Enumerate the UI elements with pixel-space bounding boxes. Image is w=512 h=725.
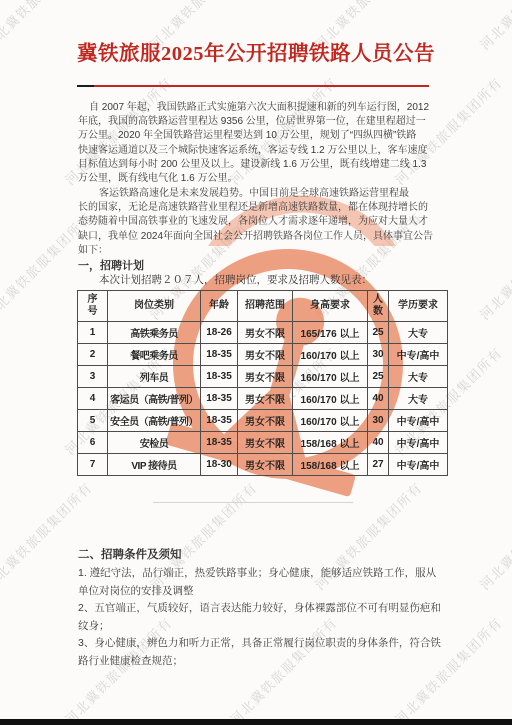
table-header-cell: 学历要求 xyxy=(389,291,448,322)
text-line: 3、身心健康，辨色力和听力正常，具备正常履行岗位职责的身体条件，符合铁 xyxy=(78,635,441,653)
table-cell: 5 xyxy=(78,410,108,432)
table-cell: 男女不限 xyxy=(238,388,293,410)
text-line: 快速客运通道以及三个城际快速客运系统，客运专线 1.2 万公里以上，客车速度 xyxy=(78,144,429,158)
table-cell: 30 xyxy=(368,410,389,432)
text-line: 目标值达到每小时 200 公里及以上。建设新线 1.6 万公里，既有线增建二线 … xyxy=(78,158,429,172)
text-line: 1. 遵纪守法，品行端正，热爱铁路事业；身心健康，能够适应铁路工作，服从 xyxy=(78,565,441,583)
text-line: 路行业健康检查规范； xyxy=(78,653,441,671)
recruitment-table-body: 1高铁乘务员18-26男女不限165/176 以上25大专2餐吧乘务员18-35… xyxy=(78,322,448,476)
intro-paragraph-2: 客运铁路高速化是未来发展趋势。中国目前是全球高速铁路运营里程最长的国家，无论是高… xyxy=(78,187,433,258)
table-cell: 160/170 以上 xyxy=(293,388,368,410)
table-cell: 27 xyxy=(368,454,389,476)
table-cell: 男女不限 xyxy=(238,410,293,432)
text-line: 单位对岗位的安排及调整 xyxy=(78,583,441,601)
section2-heading: 二、招聘条件及须知 xyxy=(78,546,182,562)
table-cell: 中专/高中 xyxy=(389,432,448,454)
table-row: 1高铁乘务员18-26男女不限165/176 以上25大专 xyxy=(78,322,448,344)
table-cell: 18-35 xyxy=(201,432,238,454)
table-cell: 大专 xyxy=(389,366,448,388)
text-line: 万公里。2020 年全国铁路营运里程要达到 10 万公里，规划了“四纵四横”铁路 xyxy=(78,129,429,143)
section1-lead-text: 本次计划招聘２０７人，招聘岗位，要求及招聘人数见表： xyxy=(99,272,372,287)
table-cell: 男女不限 xyxy=(238,454,293,476)
text-line: 万公里，既有线电气化 1.6 万公里。 xyxy=(78,172,429,186)
table-header-row: 序号岗位类别年龄招聘范围身高要求人数学历要求 xyxy=(78,291,448,322)
section2-conditions: 1. 遵纪守法，品行端正，热爱铁路事业；身心健康，能够适应铁路工作，服从单位对岗… xyxy=(78,565,441,670)
text-line: 如下： xyxy=(78,244,433,258)
table-cell: 高铁乘务员 xyxy=(108,322,201,344)
text-line: 长的国家，无论是高速铁路营业里程还是新增高速铁路数量，都在体现持增长的 xyxy=(78,201,433,215)
table-cell: 大专 xyxy=(389,322,448,344)
text-line: 态势随着中国高铁事业的飞速发展，各岗位人才需求逐年递增，为应对大量人才 xyxy=(78,215,433,229)
table-header-cell: 招聘范围 xyxy=(238,291,293,322)
table-cell: 安检员 xyxy=(108,432,201,454)
table-cell: 18-35 xyxy=(201,410,238,432)
title-underline xyxy=(77,85,429,87)
table-header-cell: 身高要求 xyxy=(293,291,368,322)
table-cell: 18-35 xyxy=(201,366,238,388)
table-cell: 18-26 xyxy=(201,322,238,344)
table-row: 4客运员（高铁/普列）18-35男女不限160/170 以上40大专 xyxy=(78,388,448,410)
stacked-header-text: 序号 xyxy=(87,294,99,319)
table-header-cell: 岗位类别 xyxy=(108,291,201,322)
table-cell: 客运员（高铁/普列） xyxy=(108,388,201,410)
intro-paragraph-1: 自 2007 年起，我国铁路正式实施第六次大面积提速和新的列车运行图，2012年… xyxy=(78,101,429,186)
table-cell: 大专 xyxy=(389,388,448,410)
table-cell: 男女不限 xyxy=(238,322,293,344)
table-cell: 30 xyxy=(368,344,389,366)
text-line: 自 2007 年起，我国铁路正式实施第六次大面积提速和新的列车运行图，2012 xyxy=(78,101,429,115)
table-cell: 安全员（高铁/普列） xyxy=(108,410,201,432)
recruitment-announcement-page: 河北冀铁旅服集团所有河北冀铁旅服集团所有河北冀铁旅服集团所有河北冀铁旅服集团所有… xyxy=(0,0,512,725)
text-line: 缺口，我单位 2024年面向全国社会公开招聘铁路各岗位工作人员，具体事宜公告 xyxy=(78,230,433,244)
table-cell: 3 xyxy=(78,366,108,388)
bottom-black-bar xyxy=(0,719,512,725)
section1-heading: 一，招聘计划 xyxy=(78,257,144,273)
table-cell: 7 xyxy=(78,454,108,476)
title-underline-black-segment xyxy=(77,85,94,87)
table-cell: 4 xyxy=(78,388,108,410)
table-cell: 158/168 以上 xyxy=(293,432,368,454)
text-line: 纹身； xyxy=(78,618,441,636)
table-cell: 列车员 xyxy=(108,366,201,388)
table-cell: 6 xyxy=(78,432,108,454)
table-row: 2餐吧乘务员18-35男女不限160/170 以上30中专/高中 xyxy=(78,344,448,366)
table-cell: 165/176 以上 xyxy=(293,322,368,344)
table-cell: 40 xyxy=(368,432,389,454)
table-row: 3列车员18-35男女不限160/170 以上25大专 xyxy=(78,366,448,388)
document-content: 冀铁旅服2025年公开招聘铁路人员公告 自 2007 年起，我国铁路正式实施第六… xyxy=(0,0,512,725)
page-title: 冀铁旅服2025年公开招聘铁路人员公告 xyxy=(30,41,482,67)
table-header-cell: 年龄 xyxy=(201,291,238,322)
recruitment-table: 序号岗位类别年龄招聘范围身高要求人数学历要求 1高铁乘务员18-26男女不限16… xyxy=(77,290,448,476)
table-cell: 男女不限 xyxy=(238,366,293,388)
table-cell: 男女不限 xyxy=(238,344,293,366)
table-cell: 中专/高中 xyxy=(389,410,448,432)
table-cell: 18-35 xyxy=(201,388,238,410)
table-cell: 40 xyxy=(368,388,389,410)
table-cell: 25 xyxy=(368,322,389,344)
recruitment-table-header: 序号岗位类别年龄招聘范围身高要求人数学历要求 xyxy=(78,291,448,322)
table-cell: VIP 接待员 xyxy=(108,454,201,476)
table-cell: 中专/高中 xyxy=(389,454,448,476)
stacked-header-text: 人数 xyxy=(372,294,384,319)
table-cell: 160/170 以上 xyxy=(293,344,368,366)
table-row: 6安检员18-35男女不限158/168 以上40中专/高中 xyxy=(78,432,448,454)
table-cell: 餐吧乘务员 xyxy=(108,344,201,366)
table-header-cell: 序号 xyxy=(78,291,108,322)
table-cell: 158/168 以上 xyxy=(293,454,368,476)
table-cell: 1 xyxy=(78,322,108,344)
table-cell: 18-35 xyxy=(201,344,238,366)
table-cell: 中专/高中 xyxy=(389,344,448,366)
table-cell: 160/170 以上 xyxy=(293,410,368,432)
table-row: 5安全员（高铁/普列）18-35男女不限160/170 以上30中专/高中 xyxy=(78,410,448,432)
table-cell: 18-30 xyxy=(201,454,238,476)
text-line: 2、五官端正，气质较好，语言表达能力较好，身体裸露部位不可有明显伤疤和 xyxy=(78,600,441,618)
table-cell: 男女不限 xyxy=(238,432,293,454)
text-line: 客运铁路高速化是未来发展趋势。中国目前是全球高速铁路运营里程最 xyxy=(78,187,433,201)
table-cell: 2 xyxy=(78,344,108,366)
table-cell: 160/170 以上 xyxy=(293,366,368,388)
table-header-cell: 人数 xyxy=(368,291,389,322)
table-cell: 25 xyxy=(368,366,389,388)
table-row: 7VIP 接待员18-30男女不限158/168 以上27中专/高中 xyxy=(78,454,448,476)
section-divider-line xyxy=(153,502,353,503)
text-line: 年底，我国的高铁路运营里程达 9356 公里，位居世界第一位，在建里程超过一 xyxy=(78,115,429,129)
